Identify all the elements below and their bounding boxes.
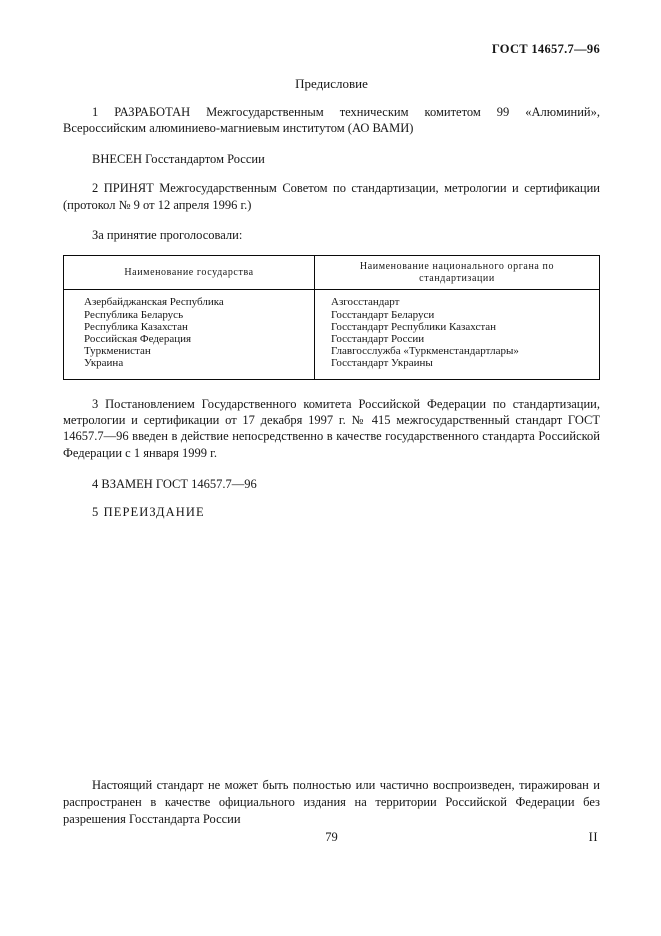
voting-table-body: Азербайджанская Республика Республика Бе…: [64, 290, 599, 378]
table-column-countries: Азербайджанская Республика Республика Бе…: [64, 290, 315, 378]
table-cell-org: Госстандарт России: [331, 333, 599, 345]
voting-table-header-row: Наименование государства Наименование на…: [64, 256, 599, 290]
document-page: ГОСТ 14657.7—96 Предисловие 1 РАЗРАБОТАН…: [0, 0, 661, 936]
table-cell-org: Главгосслужба «Туркменстандартлары»: [331, 345, 599, 357]
section-1-developed: 1 РАЗРАБОТАН Межгосударственным техничес…: [63, 104, 600, 137]
table-header-org-label: Наименование национального органа по ста…: [350, 261, 565, 285]
table-cell-org: Госстандарт Беларуси: [331, 309, 599, 321]
page-footer: 79 II: [63, 829, 600, 845]
vote-intro: За принятие проголосовали:: [63, 227, 600, 243]
table-header-org: Наименование национального органа по ста…: [315, 256, 599, 289]
table-cell-country: Республика Казахстан: [84, 321, 314, 333]
table-cell-org: Азгосстандарт: [331, 296, 599, 308]
copyright-notice: Настоящий стандарт не может быть полност…: [63, 777, 600, 828]
page-number-roman: II: [589, 829, 598, 845]
table-cell-country: Российская Федерация: [84, 333, 314, 345]
section-2-adopted: 2 ПРИНЯТ Межгосударственным Советом по с…: [63, 180, 600, 213]
table-cell-country: Украина: [84, 357, 314, 369]
table-column-orgs: Азгосстандарт Госстандарт Беларуси Госст…: [315, 290, 599, 378]
table-cell-country: Азербайджанская Республика: [84, 296, 314, 308]
section-4-replaces: 4 ВЗАМЕН ГОСТ 14657.7—96: [63, 476, 600, 492]
page-number: 79: [63, 829, 600, 845]
section-3-enacted: 3 Постановлением Государственного комите…: [63, 396, 600, 462]
table-cell-org: Госстандарт Украины: [331, 357, 599, 369]
table-cell-country: Республика Беларусь: [84, 309, 314, 321]
section-5-reissue: 5 ПЕРЕИЗДАНИЕ: [63, 504, 600, 520]
page-title: Предисловие: [63, 76, 600, 92]
table-cell-org: Госстандарт Республики Казахстан: [331, 321, 599, 333]
table-header-country: Наименование государства: [64, 256, 315, 289]
table-cell-country: Туркменистан: [84, 345, 314, 357]
table-header-country-label: Наименование государства: [124, 267, 253, 279]
section-submitted: ВНЕСЕН Госстандартом России: [63, 151, 600, 167]
voting-table: Наименование государства Наименование на…: [63, 255, 600, 379]
document-code: ГОСТ 14657.7—96: [63, 42, 600, 57]
